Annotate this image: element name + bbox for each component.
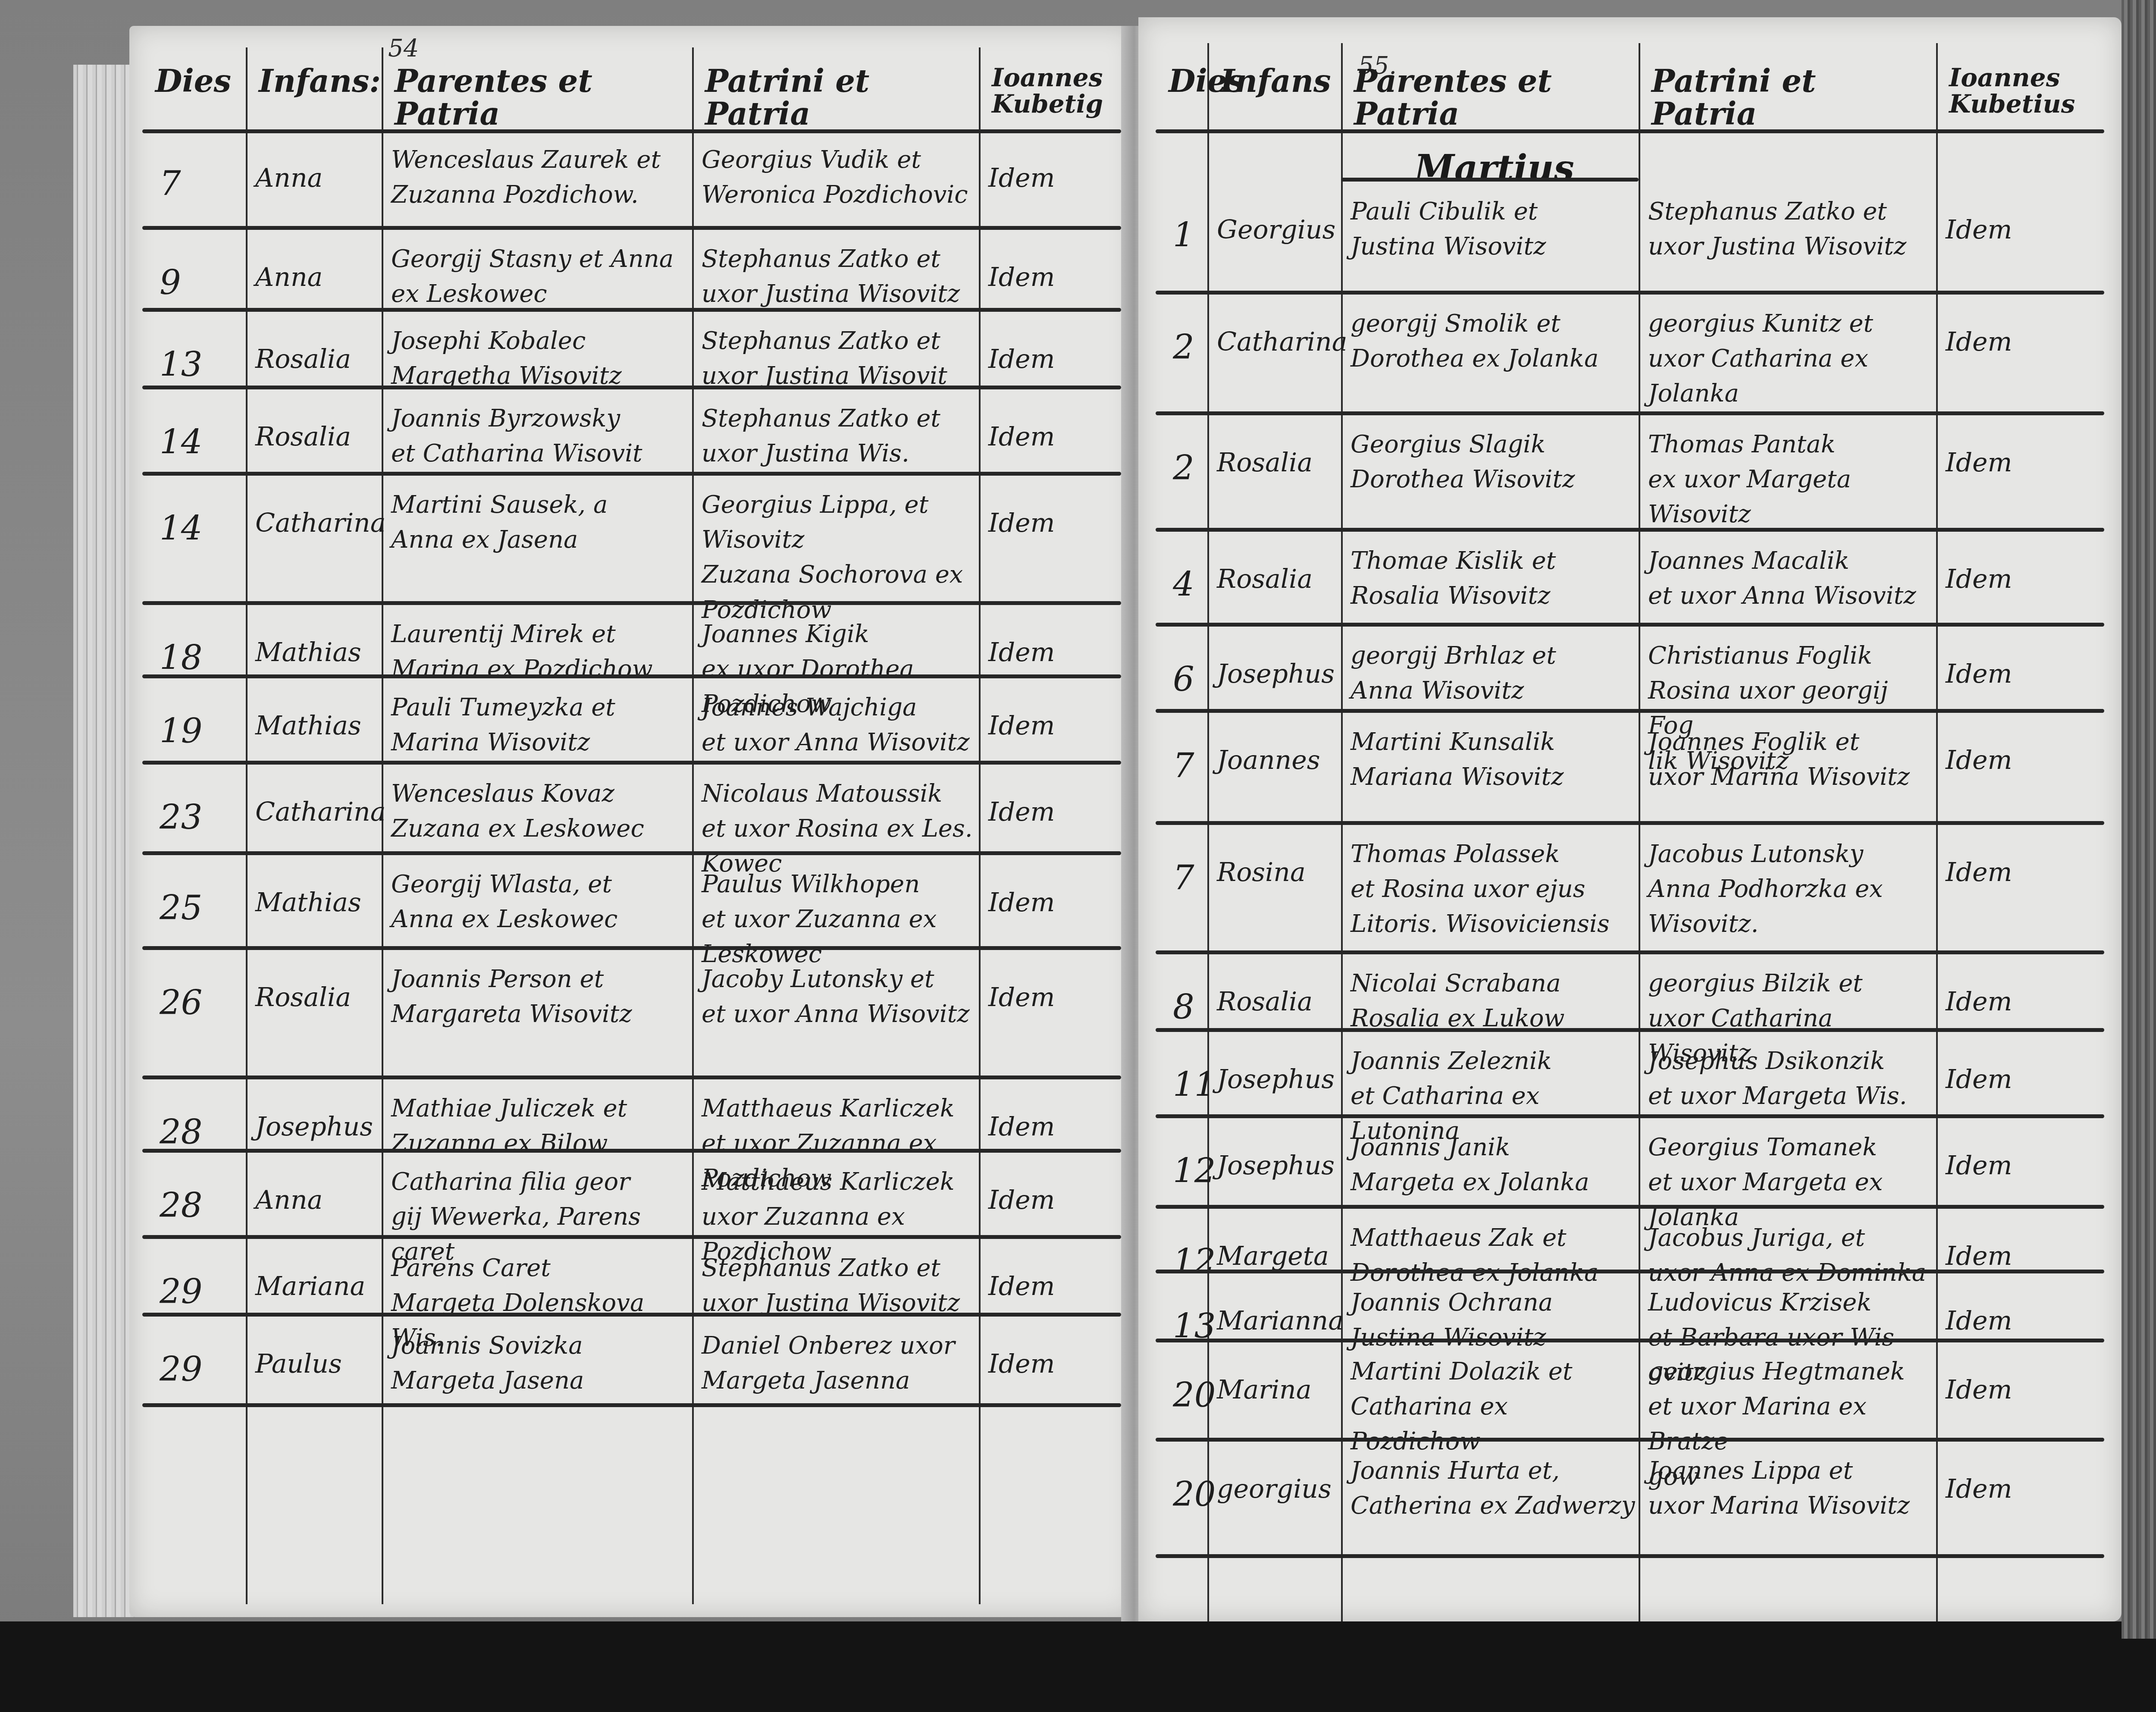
row-divider [1156, 1438, 2104, 1442]
register-cell-dies: 25 [160, 884, 250, 933]
register-cell-infans: Marianna [1217, 1302, 1338, 1340]
register-cell-dies: 8 [1173, 983, 1212, 1032]
month-rule [1341, 178, 1639, 182]
register-cell-minister: Idem [988, 884, 1118, 922]
register-cell-infans: Anna [255, 160, 378, 197]
header-rule [142, 129, 1121, 133]
month-label: Martius [1414, 147, 1574, 189]
register-cell-patrini: Stephanus Zatko et uxor Justina Wisovit [702, 323, 975, 393]
register-cell-dies: 29 [160, 1345, 250, 1394]
register-cell-parentes: Joannis Hurta et, Catherina ex Zadwerzy [1351, 1453, 1635, 1523]
register-cell-dies: 12 [1173, 1147, 1212, 1196]
column-header-minister: Ioannes Kubetig [992, 65, 1117, 117]
row-divider [1156, 528, 2104, 532]
register-cell-infans: Catharina [1217, 323, 1338, 361]
register-cell-dies: 28 [160, 1182, 250, 1230]
row-divider [1156, 709, 2104, 713]
register-cell-minister: Idem [1946, 211, 2101, 249]
register-cell-minister: Idem [1946, 655, 2101, 693]
register-cell-dies: 6 [1173, 655, 1212, 704]
row-divider [1156, 1339, 2104, 1342]
register-cell-infans: Josephus [1217, 1061, 1338, 1098]
register-cell-dies: 11 [1173, 1061, 1212, 1110]
register-cell-dies: 14 [160, 418, 250, 467]
register-cell-minister: Idem [988, 1345, 1118, 1383]
register-cell-parentes: Martini Kunsalik Mariana Wisovitz [1351, 724, 1635, 794]
register-cell-infans: Josephus [255, 1108, 378, 1146]
register-cell-infans: Mathias [255, 884, 378, 922]
register-cell-minister: Idem [1946, 983, 2101, 1021]
register-cell-patrini: Stephanus Zatko et uxor Justina Wisovitz [702, 1251, 975, 1320]
register-cell-patrini: Jacobus Juriga, et uxor Anna ex Dominka [1648, 1220, 1933, 1290]
column-header-patrini: Patrini et Patria [705, 65, 975, 130]
row-divider [142, 1313, 1121, 1317]
row-divider [142, 946, 1121, 950]
column-rule [692, 47, 694, 1604]
column-header-infans: Infans [1220, 65, 1337, 97]
column-header-dies: Dies [1169, 65, 1203, 97]
register-cell-dies: 2 [1173, 444, 1212, 493]
register-cell-minister: Idem [988, 341, 1118, 378]
register-cell-infans: Paulus [255, 1345, 378, 1383]
register-cell-parentes: Thomas Polassek et Rosina uxor ejus Lito… [1351, 837, 1635, 942]
register-cell-patrini: Georgius Vudik et Weronica Pozdichovic [702, 142, 975, 212]
register-cell-dies: 1 [1173, 211, 1212, 260]
register-cell-minister: Idem [988, 707, 1118, 745]
register-cell-patrini: Joannes Wajchiga et uxor Anna Wisovitz [702, 690, 975, 760]
register-cell-patrini: Daniel Onberez uxor Margeta Jasenna [702, 1328, 975, 1398]
register-cell-infans: georgius [1217, 1471, 1338, 1508]
register-cell-minister: Idem [1946, 1061, 2101, 1098]
register-cell-dies: 12 [1173, 1238, 1212, 1286]
register-cell-parentes: Georgij Wlasta, et Anna ex Leskowec [391, 867, 689, 937]
register-cell-parentes: Joannis Sovizka Margeta Jasena [391, 1328, 689, 1398]
column-header-patrini: Patrini et Patria [1651, 65, 1932, 130]
column-rule [1936, 43, 1938, 1621]
register-cell-minister: Idem [988, 1108, 1118, 1146]
row-divider [142, 601, 1121, 605]
register-cell-dies: 7 [160, 160, 250, 208]
row-divider [142, 472, 1121, 476]
register-cell-patrini: Joannes Lippa et uxor Marina Wisovitz [1648, 1453, 1933, 1523]
row-divider [142, 674, 1121, 678]
register-cell-minister: Idem [1946, 1471, 2101, 1508]
register-cell-dies: 13 [160, 341, 250, 389]
register-cell-minister: Idem [1946, 323, 2101, 361]
register-cell-parentes: Martini Sausek, a Anna ex Jasena [391, 487, 689, 557]
register-cell-minister: Idem [988, 259, 1118, 296]
row-divider [142, 308, 1121, 312]
column-header-infans: Infans: [259, 65, 377, 97]
register-cell-patrini: Paulus Wilkhopen et uxor Zuzanna ex Lesk… [702, 867, 975, 972]
register-cell-infans: Rosalia [255, 341, 378, 378]
column-header-minister: Ioannes Kubetius [1949, 65, 2100, 117]
register-cell-infans: Catharina [255, 793, 378, 831]
register-cell-parentes: Georgius Slagik Dorothea Wisovitz [1351, 427, 1635, 497]
register-cell-patrini: Stephanus Zatko et uxor Justina Wisovitz [1648, 194, 1933, 264]
register-cell-infans: Mathias [255, 634, 378, 671]
register-cell-infans: Mariana [255, 1268, 378, 1305]
row-divider [142, 761, 1121, 765]
row-divider [1156, 623, 2104, 627]
register-cell-dies: 23 [160, 793, 250, 842]
row-divider [1156, 1554, 2104, 1558]
register-cell-minister: Idem [988, 418, 1118, 456]
register-cell-infans: Rosalia [255, 979, 378, 1016]
register-cell-dies: 7 [1173, 854, 1212, 903]
register-cell-parentes: Pauli Tumeyzka et Marina Wisovitz [391, 690, 689, 760]
register-cell-minister: Idem [988, 505, 1118, 542]
register-cell-patrini: Nicolaus Matoussik et uxor Rosina ex Les… [702, 776, 975, 881]
register-cell-infans: Rosalia [1217, 444, 1338, 482]
register-cell-infans: Rosina [1217, 854, 1338, 891]
register-cell-parentes: Martini Dolazik et Catharina ex Pozdicho… [1351, 1354, 1635, 1459]
register-cell-minister: Idem [1946, 854, 2101, 891]
register-cell-infans: Marina [1217, 1371, 1338, 1409]
register-cell-infans: Mathias [255, 707, 378, 745]
register-cell-infans: Rosalia [255, 418, 378, 456]
register-cell-infans: Catharina [255, 505, 378, 542]
register-cell-parentes: Matthaeus Zak et Dorothea ex Jolanka [1351, 1220, 1635, 1290]
register-cell-dies: 20 [1173, 1371, 1212, 1420]
register-cell-patrini: Georgius Lippa, et Wisovitz Zuzana Socho… [702, 487, 975, 627]
book-left-edge [73, 65, 134, 1617]
register-cell-minister: Idem [988, 160, 1118, 197]
register-cell-parentes: georgij Smolik et Dorothea ex Jolanka [1351, 306, 1635, 376]
row-divider [1156, 1114, 2104, 1118]
row-divider [142, 851, 1121, 855]
column-rule [979, 47, 981, 1604]
row-divider [1156, 821, 2104, 825]
register-cell-dies: 2 [1173, 323, 1212, 372]
register-cell-parentes: georgij Brhlaz et Anna Wisovitz [1351, 638, 1635, 708]
row-divider [1156, 291, 2104, 295]
register-cell-minister: Idem [988, 1268, 1118, 1305]
column-header-dies: Dies [155, 65, 241, 97]
register-cell-dies: 19 [160, 707, 250, 756]
register-cell-patrini: Joannes Macalik et uxor Anna Wisovitz [1648, 543, 1933, 613]
register-cell-parentes: Joannis Byrzowsky et Catharina Wisovit [391, 401, 689, 471]
register-cell-dies: 4 [1173, 561, 1212, 609]
row-divider [142, 386, 1121, 389]
row-divider [1156, 1270, 2104, 1273]
register-cell-patrini: Stephanus Zatko et uxor Justina Wisovitz [702, 241, 975, 311]
register-cell-parentes: Nicolai Scrabana Rosalia ex Lukow [1351, 966, 1635, 1036]
register-cell-parentes: Pauli Cibulik et Justina Wisovitz [1351, 194, 1635, 264]
register-cell-infans: Anna [255, 1182, 378, 1219]
header-rule [1156, 129, 2104, 133]
book-right-edge [2122, 0, 2156, 1639]
column-rule [1341, 43, 1343, 1621]
register-cell-patrini: Stephanus Zatko et uxor Justina Wis. [702, 401, 975, 471]
register-cell-infans: Georgius [1217, 211, 1338, 249]
column-rule [1639, 43, 1640, 1621]
register-cell-dies: 9 [160, 259, 250, 307]
register-cell-minister: Idem [988, 979, 1118, 1016]
column-header-parentes: Parentes et Patria [1354, 65, 1634, 130]
register-cell-patrini: georgius Kunitz et uxor Catharina ex Jol… [1648, 306, 1933, 411]
register-cell-minister: Idem [1946, 1371, 2101, 1409]
table-surface [0, 1621, 2156, 1712]
row-divider [142, 226, 1121, 230]
page-number: 54 [388, 34, 419, 63]
register-cell-patrini: Georgius Tomanek et uxor Margeta ex Jola… [1648, 1130, 1933, 1235]
row-divider [1156, 950, 2104, 954]
register-cell-parentes: Joannis Person et Margareta Wisovitz [391, 962, 689, 1032]
row-divider [1156, 411, 2104, 415]
register-cell-infans: Josephus [1217, 655, 1338, 693]
register-cell-infans: Anna [255, 259, 378, 296]
row-divider [142, 1235, 1121, 1239]
register-cell-infans: Josephus [1217, 1147, 1338, 1185]
register-cell-patrini: Thomas Pantak ex uxor Margeta Wisovitz [1648, 427, 1933, 532]
register-cell-minister: Idem [1946, 1147, 2101, 1185]
register-cell-infans: Rosalia [1217, 983, 1338, 1021]
register-cell-dies: 20 [1173, 1471, 1212, 1519]
register-cell-patrini: Jacobus Lutonsky Anna Podhorzka ex Wisov… [1648, 837, 1933, 942]
register-cell-dies: 14 [160, 505, 250, 553]
register-cell-infans: Joannes [1217, 742, 1338, 779]
register-cell-dies: 26 [160, 979, 250, 1028]
register-cell-minister: Idem [1946, 444, 2101, 482]
register-cell-dies: 29 [160, 1268, 250, 1317]
register-cell-minister: Idem [1946, 742, 2101, 779]
row-divider [142, 1403, 1121, 1407]
register-cell-parentes: Josephi Kobalec Margetha Wisovitz [391, 323, 689, 393]
register-cell-parentes: Joannis Janik Margeta ex Jolanka [1351, 1130, 1635, 1200]
row-divider [142, 1075, 1121, 1079]
register-cell-minister: Idem [988, 634, 1118, 671]
register-cell-patrini: Josephus Dsikonzik et uxor Margeta Wis. [1648, 1044, 1933, 1113]
register-cell-dies: 13 [1173, 1302, 1212, 1351]
register-cell-patrini: Joannes Foglik et uxor Marina Wisovitz [1648, 724, 1933, 794]
register-cell-parentes: Thomae Kislik et Rosalia Wisovitz [1351, 543, 1635, 613]
register-cell-minister: Idem [988, 1182, 1118, 1219]
row-divider [1156, 1205, 2104, 1209]
register-cell-parentes: Wenceslaus Kovaz Zuzana ex Leskowec [391, 776, 689, 846]
register-cell-minister: Idem [1946, 1302, 2101, 1340]
register-cell-patrini: Jacoby Lutonsky et et uxor Anna Wisovitz [702, 962, 975, 1032]
register-cell-minister: Idem [1946, 561, 2101, 598]
register-cell-parentes: Wenceslaus Zaurek et Zuzanna Pozdichow. [391, 142, 689, 212]
register-cell-parentes: Georgij Stasny et Anna ex Leskowec [391, 241, 689, 311]
row-divider [142, 1149, 1121, 1153]
register-cell-dies: 7 [1173, 742, 1212, 790]
register-cell-minister: Idem [988, 793, 1118, 831]
column-header-parentes: Parentes et Patria [395, 65, 688, 130]
register-cell-parentes: Joannis Ochrana Justina Wisovitz [1351, 1285, 1635, 1355]
row-divider [1156, 1028, 2104, 1032]
register-cell-infans: Rosalia [1217, 561, 1338, 598]
